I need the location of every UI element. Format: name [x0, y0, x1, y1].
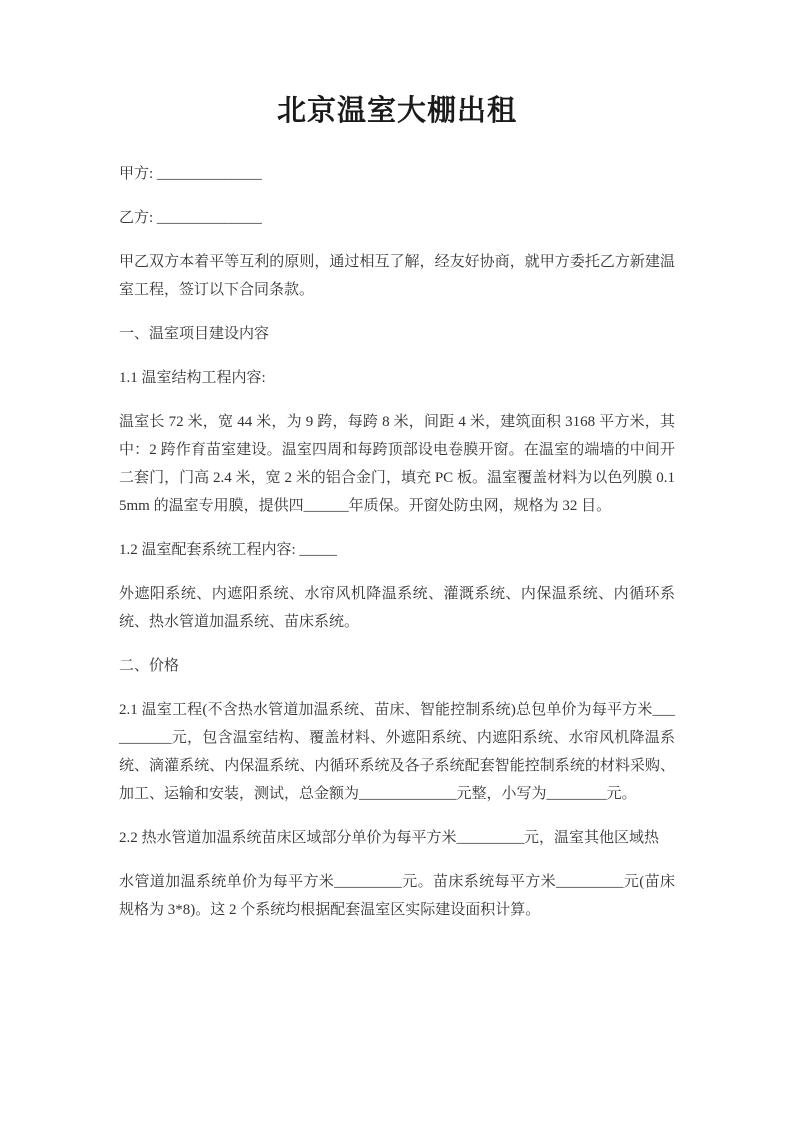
section-1-heading: 一、温室项目建设内容: [119, 320, 675, 348]
party-a-line: 甲方: ______________: [119, 160, 675, 188]
document-title: 北京温室大棚出租: [119, 92, 675, 130]
clause-1-1-heading: 1.1 温室结构工程内容:: [119, 364, 675, 392]
clause-1-1-paragraph: 温室长 72 米，宽 44 米，为 9 跨，每跨 8 米，间距 4 米，建筑面积…: [119, 408, 675, 520]
clause-2-2-paragraph: 2.2 热水管道加温系统苗床区域部分单价为每平方米_________元，温室其他…: [119, 824, 675, 852]
clause-1-2-heading: 1.2 温室配套系统工程内容: _____: [119, 536, 675, 564]
clause-1-2-paragraph: 外遮阳系统、内遮阳系统、水帘风机降温系统、灌溉系统、内保温系统、内循环系统、热水…: [119, 580, 675, 636]
document-page: 北京温室大棚出租 甲方: ______________ 乙方: ________…: [0, 0, 793, 1122]
section-2-heading: 二、价格: [119, 652, 675, 680]
clause-2-1-paragraph: 2.1 温室工程(不含热水管道加温系统、苗床、智能控制系统)总包单价为每平方米_…: [119, 696, 675, 808]
clause-2-2-continued-paragraph: 水管道加温系统单价为每平方米_________元。苗床系统每平方米_______…: [119, 868, 675, 924]
party-b-line: 乙方: ______________: [119, 204, 675, 232]
intro-paragraph: 甲乙双方本着平等互利的原则，通过相互了解，经友好协商，就甲方委托乙方新建温室工程…: [119, 248, 675, 304]
